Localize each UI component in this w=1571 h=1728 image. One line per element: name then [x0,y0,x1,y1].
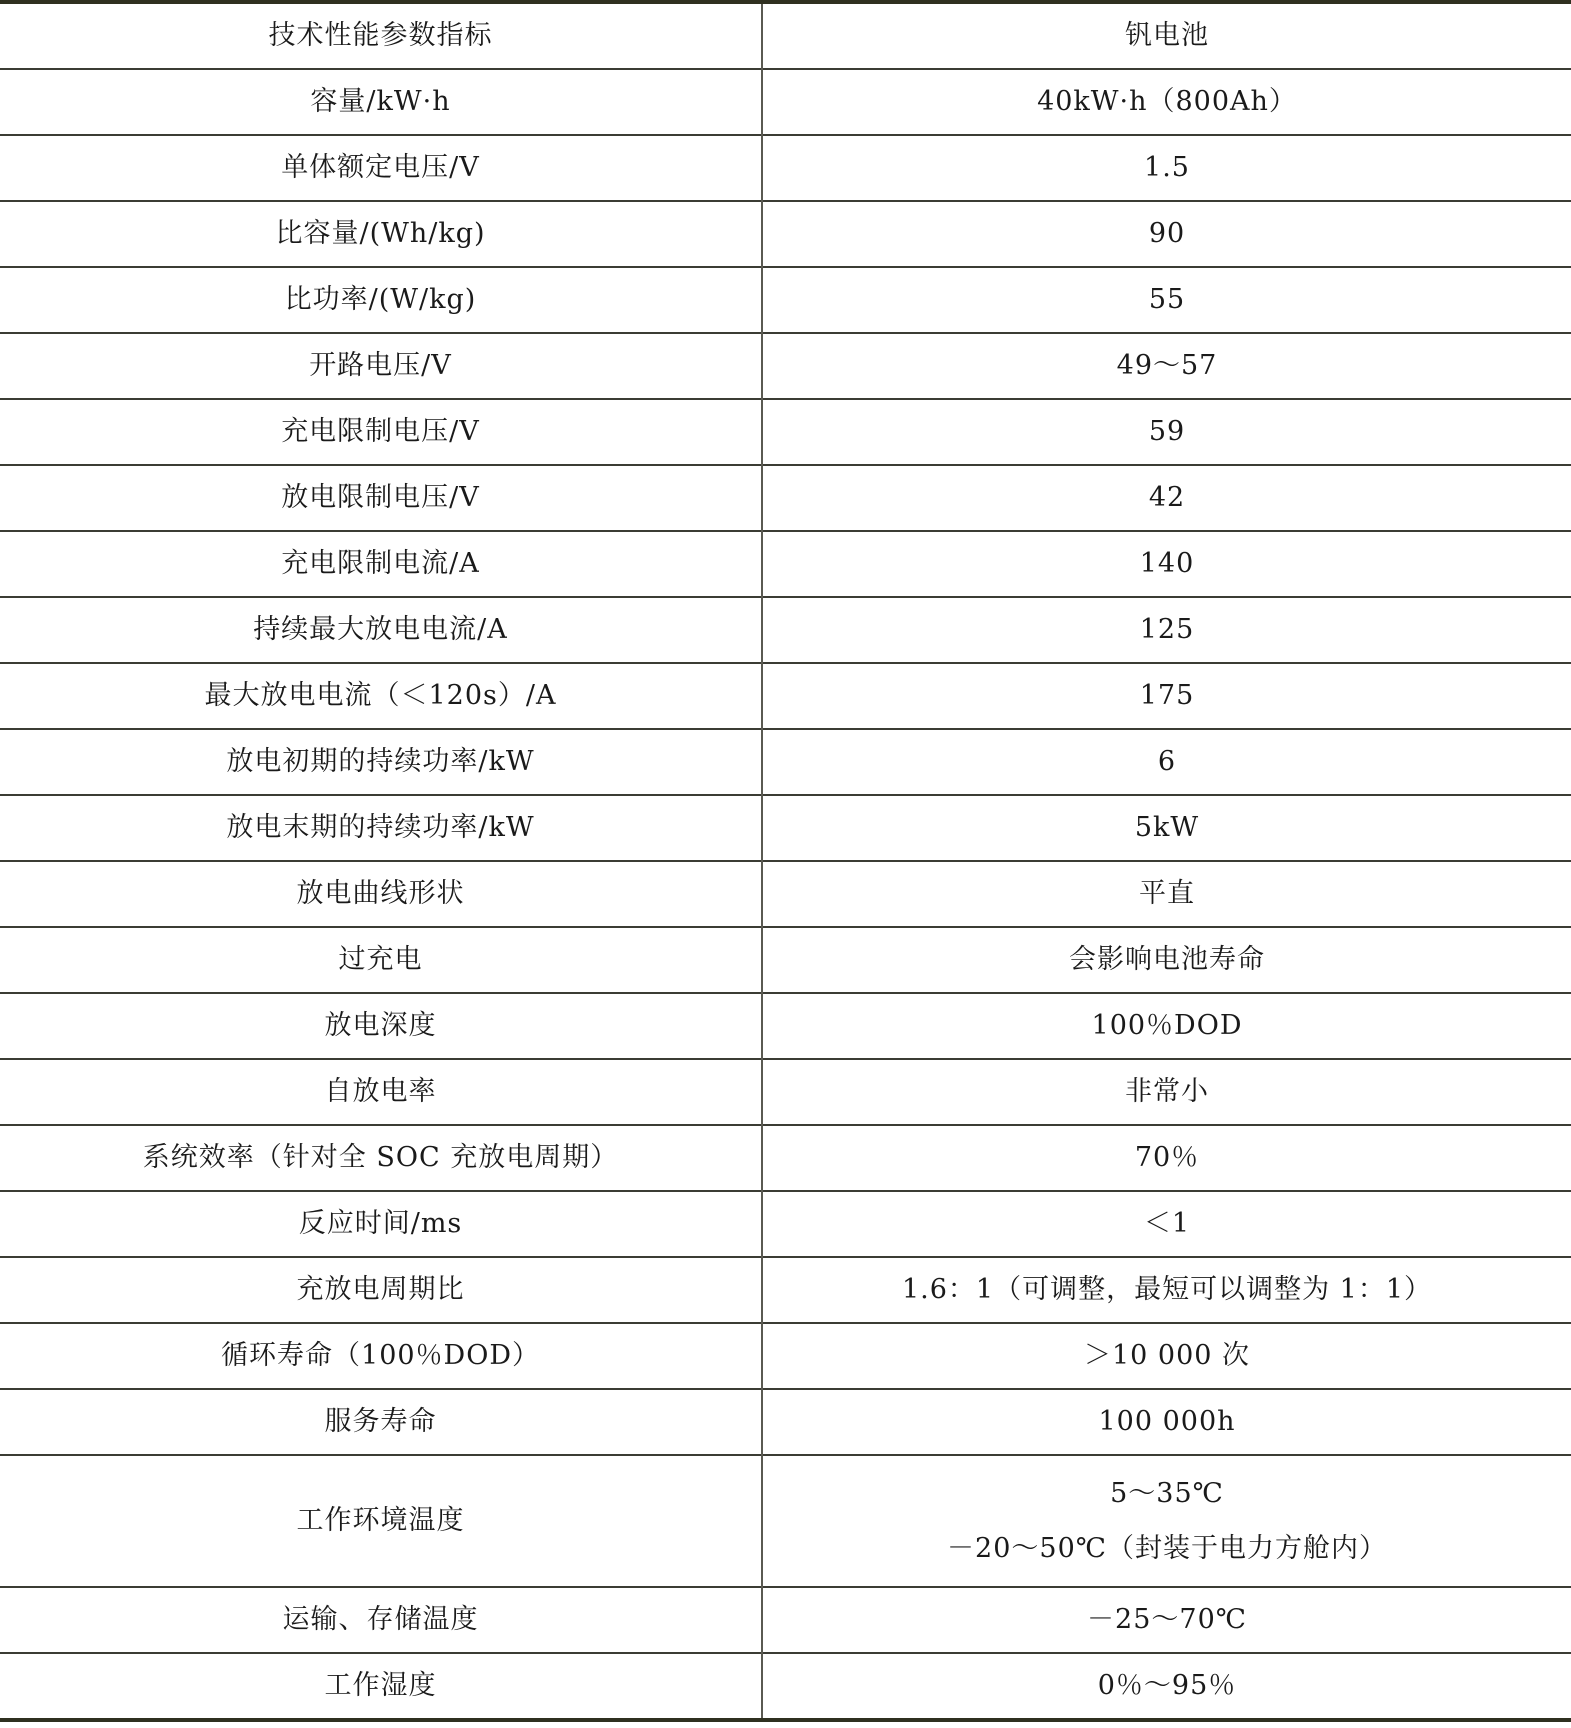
param-cell: 放电曲线形状 [0,861,762,927]
table-row: 反应时间/ms ＜1 [0,1191,1571,1257]
table-row: 运输、存储温度 －25～70℃ [0,1587,1571,1653]
value-cell: 40kW·h（800Ah） [762,69,1571,135]
table-row: 放电曲线形状 平直 [0,861,1571,927]
param-cell: 反应时间/ms [0,1191,762,1257]
value-cell: ＜1 [762,1191,1571,1257]
value-cell: 100 000h [762,1389,1571,1455]
table-row: 充电限制电压/V 59 [0,399,1571,465]
table-row: 循环寿命（100％DOD） ＞10 000 次 [0,1323,1571,1389]
value-cell: 100％DOD [762,993,1571,1059]
param-cell: 充电限制电流/A [0,531,762,597]
value-cell: 42 [762,465,1571,531]
table-row: 放电限制电压/V 42 [0,465,1571,531]
column-header-vanadium-battery: 钒电池 [762,2,1571,69]
value-cell: 会影响电池寿命 [762,927,1571,993]
param-cell: 最大放电电流（＜120s）/A [0,663,762,729]
param-cell: 运输、存储温度 [0,1587,762,1653]
table-row: 自放电率 非常小 [0,1059,1571,1125]
param-cell: 充电限制电压/V [0,399,762,465]
column-header-parameter: 技术性能参数指标 [0,2,762,69]
value-cell: 55 [762,267,1571,333]
value-cell: 140 [762,531,1571,597]
table-row: 单体额定电压/V 1.5 [0,135,1571,201]
table-row: 开路电压/V 49～57 [0,333,1571,399]
value-cell: 49～57 [762,333,1571,399]
table-row: 比容量/(Wh/kg) 90 [0,201,1571,267]
param-cell: 放电初期的持续功率/kW [0,729,762,795]
value-cell: －25～70℃ [762,1587,1571,1653]
table-row: 系统效率（针对全 SOC 充放电周期） 70％ [0,1125,1571,1191]
table-row: 容量/kW·h 40kW·h（800Ah） [0,69,1571,135]
value-line: 5～35℃ [763,1466,1571,1521]
value-cell: 平直 [762,861,1571,927]
param-cell: 放电末期的持续功率/kW [0,795,762,861]
table-row: 充电限制电流/A 140 [0,531,1571,597]
table-row: 工作环境温度 5～35℃ －20～50℃（封装于电力方舱内） [0,1455,1571,1587]
value-cell: 5～35℃ －20～50℃（封装于电力方舱内） [762,1455,1571,1587]
param-cell: 单体额定电压/V [0,135,762,201]
value-cell: 6 [762,729,1571,795]
param-cell: 开路电压/V [0,333,762,399]
param-cell: 持续最大放电电流/A [0,597,762,663]
param-cell: 系统效率（针对全 SOC 充放电周期） [0,1125,762,1191]
value-cell: 70％ [762,1125,1571,1191]
value-cell: 175 [762,663,1571,729]
table-row: 工作湿度 0％～95％ [0,1653,1571,1720]
param-cell: 工作湿度 [0,1653,762,1720]
vanadium-battery-spec-table: 技术性能参数指标 钒电池 容量/kW·h 40kW·h（800Ah） 单体额定电… [0,0,1571,1722]
value-cell: 90 [762,201,1571,267]
table-row: 放电深度 100％DOD [0,993,1571,1059]
table-row: 过充电 会影响电池寿命 [0,927,1571,993]
table-row: 比功率/(W/kg) 55 [0,267,1571,333]
value-cell: ＞10 000 次 [762,1323,1571,1389]
value-cell: 59 [762,399,1571,465]
param-cell: 比容量/(Wh/kg) [0,201,762,267]
value-cell: 125 [762,597,1571,663]
param-cell: 循环寿命（100％DOD） [0,1323,762,1389]
value-cell: 非常小 [762,1059,1571,1125]
param-cell: 过充电 [0,927,762,993]
param-cell: 放电限制电压/V [0,465,762,531]
param-cell: 容量/kW·h [0,69,762,135]
param-cell: 充放电周期比 [0,1257,762,1323]
value-cell: 0％～95％ [762,1653,1571,1720]
param-cell: 自放电率 [0,1059,762,1125]
table-row: 持续最大放电电流/A 125 [0,597,1571,663]
table-header-row: 技术性能参数指标 钒电池 [0,2,1571,69]
param-cell: 比功率/(W/kg) [0,267,762,333]
param-cell: 服务寿命 [0,1389,762,1455]
value-cell: 1.5 [762,135,1571,201]
value-cell: 5kW [762,795,1571,861]
table-row: 充放电周期比 1.6：1（可调整，最短可以调整为 1：1） [0,1257,1571,1323]
param-cell: 放电深度 [0,993,762,1059]
table-row: 服务寿命 100 000h [0,1389,1571,1455]
table-row: 最大放电电流（＜120s）/A 175 [0,663,1571,729]
table-row: 放电初期的持续功率/kW 6 [0,729,1571,795]
param-cell: 工作环境温度 [0,1455,762,1587]
value-cell: 1.6：1（可调整，最短可以调整为 1：1） [762,1257,1571,1323]
table-row: 放电末期的持续功率/kW 5kW [0,795,1571,861]
value-line: －20～50℃（封装于电力方舱内） [763,1521,1571,1576]
